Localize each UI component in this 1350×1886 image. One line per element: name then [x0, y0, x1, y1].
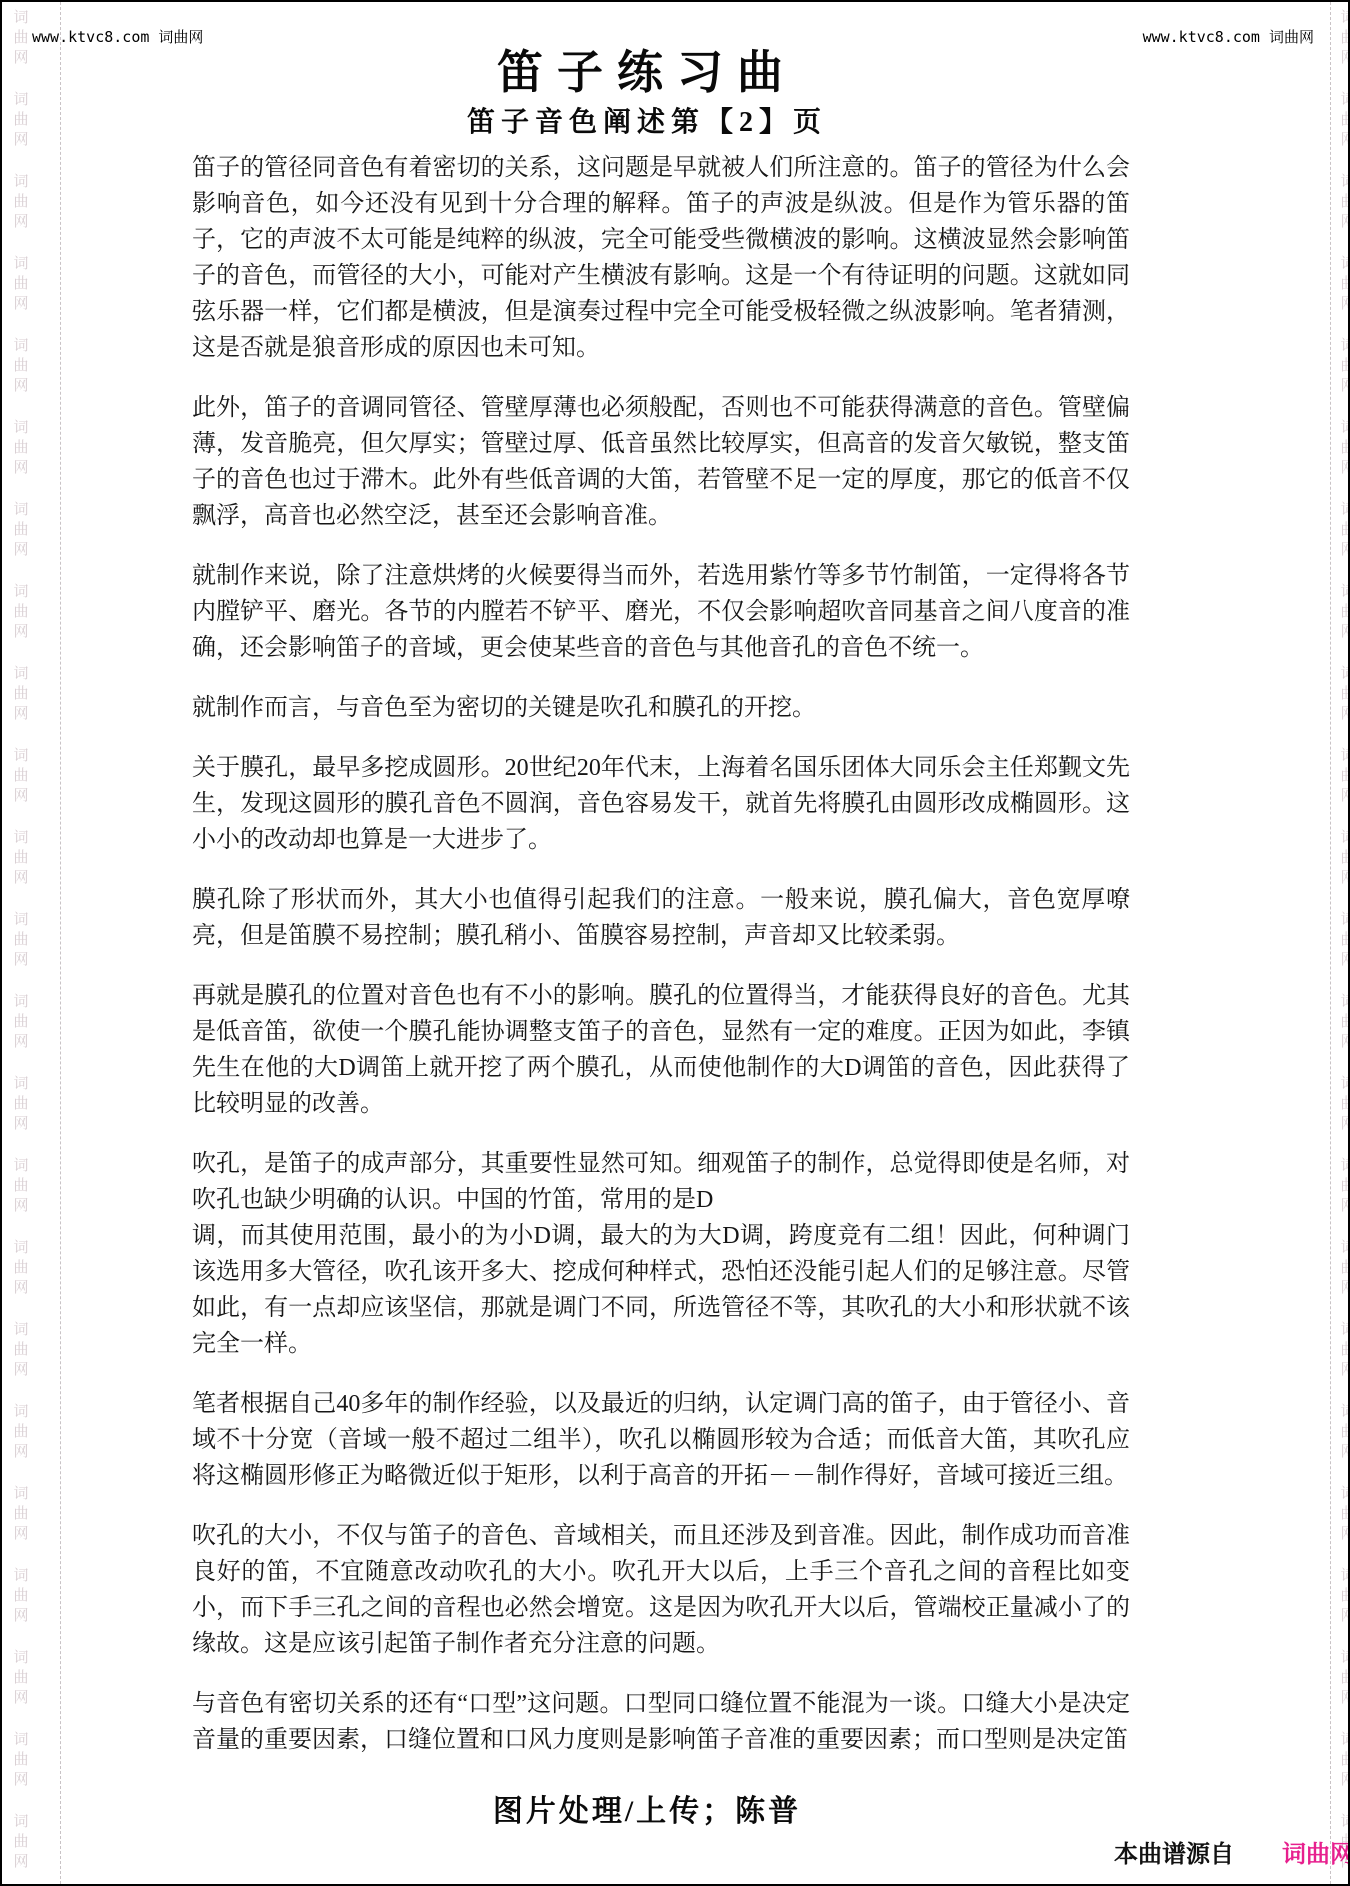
paragraph: 此外，笛子的音调同管径、管壁厚薄也必须般配，否则也不可能获得满意的音色。管壁偏薄…	[192, 390, 1130, 534]
source-attribution-text: 本曲谱源自	[1114, 1834, 1234, 1869]
paragraph: 笛子的管径同音色有着密切的关系，这问题是早就被人们所注意的。笛子的管径为什么会影…	[192, 150, 1130, 366]
paragraph: 吹孔的大小，不仅与笛子的音色、音域相关，而且还涉及到音准。因此，制作成功而音准良…	[192, 1518, 1130, 1662]
paragraph: 吹孔，是笛子的成声部分，其重要性显然可知。细观笛子的制作，总觉得即使是名师，对吹…	[192, 1146, 1130, 1362]
page-title: 笛子练习曲	[2, 36, 1292, 102]
source-brand-name: 词曲网	[1282, 1834, 1350, 1869]
paragraph: 膜孔除了形状而外，其大小也值得引起我们的注意。一般来说，膜孔偏大，音色宽厚嘹亮，…	[192, 882, 1130, 954]
paragraph: 与音色有密切关系的还有“口型”这问题。口型同口缝位置不能混为一谈。口缝大小是决定…	[192, 1686, 1130, 1758]
paragraph: 关于膜孔，最早多挖成圆形。20世纪20年代末，上海着名国乐团体大同乐会主任郑觐文…	[192, 750, 1130, 858]
right-margin-divider	[1330, 2, 1331, 1884]
left-margin-divider	[60, 2, 61, 1884]
page-subtitle: 笛子音色阐述第【2】页	[2, 100, 1292, 140]
source-attribution: 本曲谱源自 词曲网	[1114, 1834, 1330, 1869]
uploader-credit: 图片处理/上传；陈普	[2, 1786, 1292, 1830]
paragraph: 笔者根据自己40多年的制作经验，以及最近的归纳，认定调门高的笛子，由于管径小、音…	[192, 1386, 1130, 1494]
watermark-column-left: 词曲网词曲网词曲网词曲网词曲网词曲网词曲网词曲网词曲网词曲网词曲网词曲网词曲网词…	[6, 8, 36, 1884]
paragraph: 就制作来说，除了注意烘烤的火候要得当而外，若选用紫竹等多节竹制笛，一定得将各节内…	[192, 558, 1130, 666]
paragraph: 就制作而言，与音色至为密切的关键是吹孔和膜孔的开挖。	[192, 690, 1130, 726]
paragraph: 再就是膜孔的位置对音色也有不小的影响。膜孔的位置得当，才能获得良好的音色。尤其是…	[192, 978, 1130, 1122]
watermark-column-right: 词曲网词曲网词曲网词曲网词曲网词曲网词曲网词曲网词曲网词曲网词曲网词曲网词曲网词…	[1333, 8, 1350, 1884]
scanned-sheet-page: 词曲网词曲网词曲网词曲网词曲网词曲网词曲网词曲网词曲网词曲网词曲网词曲网词曲网词…	[0, 0, 1350, 1886]
article-body: 笛子的管径同音色有着密切的关系，这问题是早就被人们所注意的。笛子的管径为什么会影…	[192, 150, 1130, 1782]
